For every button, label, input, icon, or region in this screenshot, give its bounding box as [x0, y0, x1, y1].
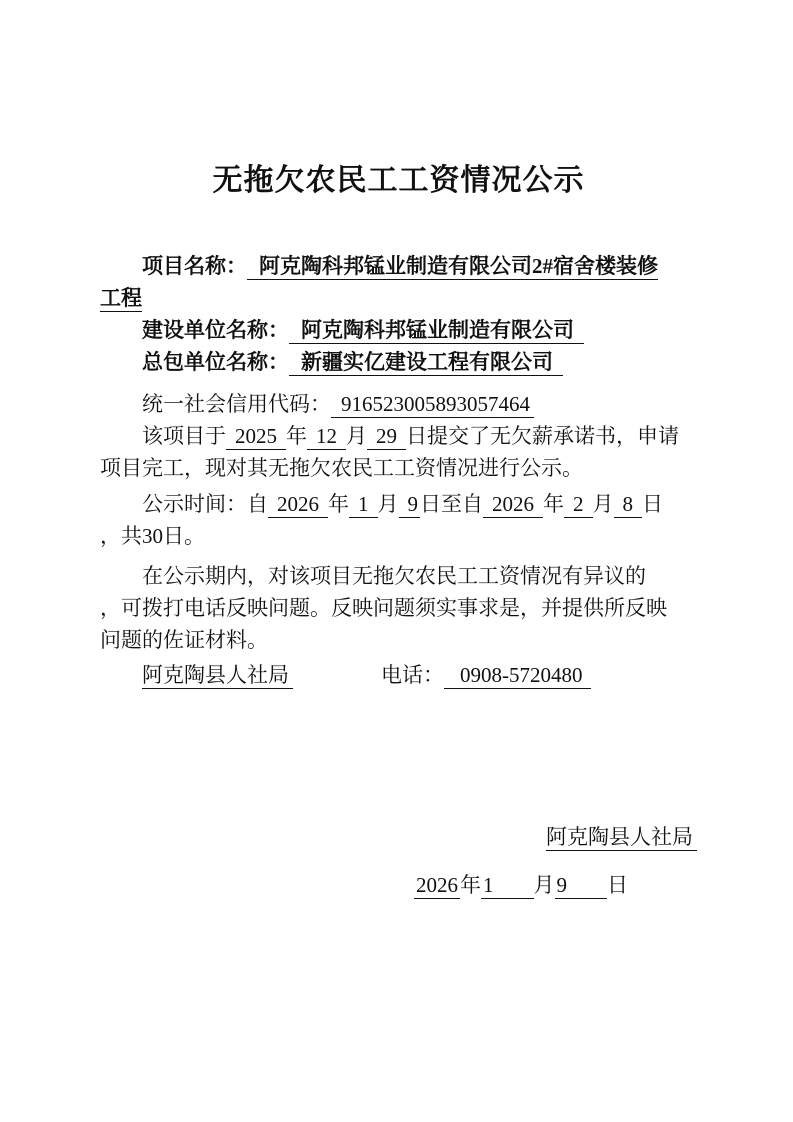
- commitment-month: 12: [307, 424, 346, 450]
- contact-phone-value: 0908-5720480: [444, 663, 591, 689]
- publicity-start-month: 1: [349, 492, 378, 518]
- signature-day-unit: 日: [607, 873, 628, 897]
- publicity-year-unit1: 年: [328, 492, 349, 516]
- commitment-year-unit: 年: [286, 424, 307, 448]
- signature-day: 9: [555, 873, 608, 899]
- commitment-paragraph: 该项目于2025年12月29日提交了无欠薪承诺书，申请 项目完工，现对其无拖欠农…: [100, 420, 697, 484]
- publicity-start-day: 9: [399, 492, 421, 518]
- signature-bureau: 阿克陶县人社局: [546, 825, 697, 851]
- publicity-end-year: 2026: [483, 492, 543, 518]
- builder-name-value: 阿克陶科邦锰业制造有限公司: [289, 318, 584, 344]
- contractor-name-value: 新疆实亿建设工程有限公司: [289, 350, 563, 376]
- commitment-prefix: 该项目于: [142, 424, 226, 448]
- contractor-name-line: 总包单位名称：新疆实亿建设工程有限公司: [100, 346, 697, 378]
- credit-code-label: 统一社会信用代码：: [142, 392, 331, 416]
- project-name-line: 项目名称：阿克陶科邦锰业制造有限公司2#宿舍楼装修 工程: [100, 250, 697, 314]
- signature-year: 2026: [414, 873, 460, 899]
- signature-month-unit: 月: [534, 873, 555, 897]
- credit-code-line: 统一社会信用代码：916523005893057464: [100, 388, 697, 420]
- publicity-end-day: 8: [614, 492, 643, 518]
- publicity-start-year: 2026: [268, 492, 328, 518]
- objection-paragraph: 在公示期内，对该项目无拖欠农民工工资情况有异议的 ，可拨打电话反映问题。反映问题…: [100, 560, 697, 656]
- signature-year-unit: 年: [460, 873, 481, 897]
- document-page: 无拖欠农民工工资情况公示 项目名称：阿克陶科邦锰业制造有限公司2#宿舍楼装修 工…: [0, 0, 793, 1122]
- publicity-month-unit1: 月: [378, 492, 399, 516]
- commitment-year: 2025: [226, 424, 286, 450]
- builder-name-label: 建设单位名称：: [142, 318, 289, 342]
- project-name-label: 项目名称：: [142, 254, 247, 278]
- commitment-month-unit: 月: [346, 424, 367, 448]
- publicity-mid: 日至自: [420, 492, 483, 516]
- publicity-prefix: 公示时间：自: [142, 492, 268, 516]
- commitment-day: 29: [367, 424, 406, 450]
- signature-date-line: 2026年1月9日: [100, 869, 628, 901]
- credit-code-value: 916523005893057464: [331, 392, 534, 418]
- publicity-end-month: 2: [564, 492, 593, 518]
- publicity-year-unit2: 年: [543, 492, 564, 516]
- contact-bureau: 阿克陶县人社局: [142, 663, 293, 689]
- builder-name-line: 建设单位名称：阿克陶科邦锰业制造有限公司: [100, 314, 697, 346]
- publicity-period-paragraph: 公示时间：自2026年1月9日至自2026年2月8日 ，共30日。: [100, 488, 697, 552]
- contact-phone-label: 电话：: [381, 663, 444, 687]
- contact-line: 阿克陶县人社局电话：0908-5720480: [100, 659, 697, 691]
- publicity-month-unit2: 月: [593, 492, 614, 516]
- signature-bureau-line: 阿克陶县人社局: [100, 821, 697, 853]
- signature-month: 1: [481, 873, 534, 899]
- contractor-name-label: 总包单位名称：: [142, 350, 289, 374]
- document-title: 无拖欠农民工工资情况公示: [100, 160, 697, 202]
- signature-block: 阿克陶县人社局 2026年1月9日: [100, 821, 697, 901]
